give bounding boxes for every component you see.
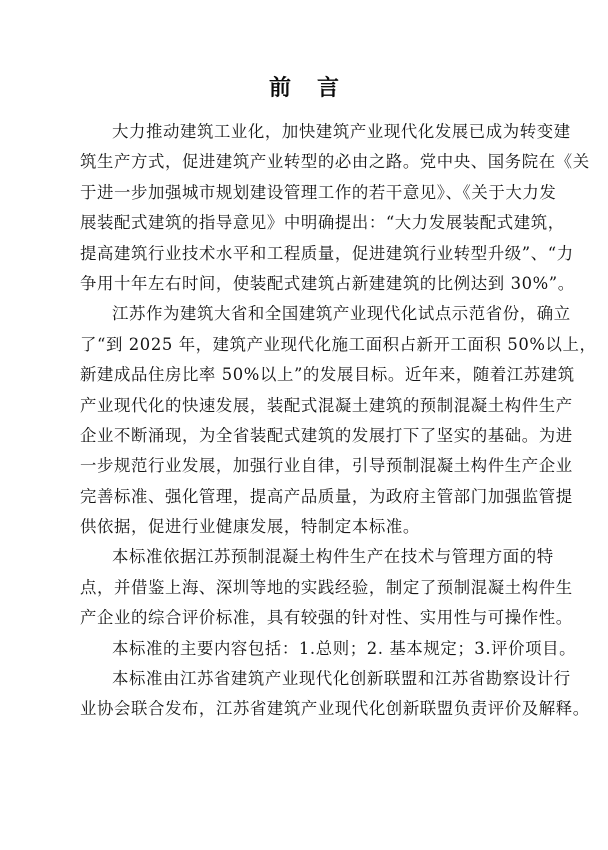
text-line: 本标准依据江苏预制混凝土构件生产在技术与管理方面的特 [80,542,540,572]
text-line: 企业不断涌现，为全省装配式建筑的发展打下了坚实的基础。为进 [80,421,540,451]
text-line: 争用十年左右时间，使装配式建筑占新建建筑的比例达到 30%”。 [80,269,540,299]
paragraph-2: 江苏作为建筑大省和全国建筑产业现代化试点示范省份，确立 了“到 2025 年，建… [80,299,540,542]
text-line: 供依据，促进行业健康发展，特制定本标准。 [80,512,540,542]
text-line: 完善标准、强化管理，提高产品质量，为政府主管部门加强监管提 [80,482,540,512]
paragraph-3: 本标准依据江苏预制混凝土构件生产在技术与管理方面的特 点，并借鉴上海、深圳等地的… [80,542,540,633]
paragraph-1: 大力推动建筑工业化，加快建筑产业现代化发展已成为转变建 筑生产方式，促进建筑产业… [80,117,540,299]
text-line: 本标准由江苏省建筑产业现代化创新联盟和江苏省勘察设计行 [80,664,540,694]
preface-body: 大力推动建筑工业化，加快建筑产业现代化发展已成为转变建 筑生产方式，促进建筑产业… [80,117,540,725]
text-line: 业协会联合发布，江苏省建筑产业现代化创新联盟负责评价及解释。 [80,694,540,724]
text-line: 江苏作为建筑大省和全国建筑产业现代化试点示范省份，确立 [80,299,540,329]
text-line: 提高建筑行业技术水平和工程质量，促进建筑行业转型升级”、“力 [80,239,540,269]
document-page: 前言 大力推动建筑工业化，加快建筑产业现代化发展已成为转变建 筑生产方式，促进建… [0,0,608,850]
title-char-2: 言 [317,76,339,101]
text-line: 点，并借鉴上海、深圳等地的实践经验，制定了预制混凝土构件生 [80,573,540,603]
text-line: 新建成品住房比率 50%以上”的发展目标。近年来，随着江苏建筑 [80,360,540,390]
page-title: 前言 [0,74,608,104]
text-line: 产企业的综合评价标准，具有较强的针对性、实用性与可操作性。 [80,603,540,633]
title-char-1: 前 [269,76,291,101]
paragraph-4: 本标准的主要内容包括：1.总则；2. 基本规定；3.评价项目。 [80,634,540,664]
text-line: 了“到 2025 年，建筑产业现代化施工面积占新开工面积 50%以上， [80,330,540,360]
text-line: 于进一步加强城市规划建设管理工作的若干意见》、《关于大力发 [80,178,540,208]
paragraph-5: 本标准由江苏省建筑产业现代化创新联盟和江苏省勘察设计行 业协会联合发布，江苏省建… [80,664,540,725]
text-line: 本标准的主要内容包括：1.总则；2. 基本规定；3.评价项目。 [80,634,540,664]
text-line: 产业现代化的快速发展，装配式混凝土建筑的预制混凝土构件生产 [80,391,540,421]
text-line: 筑生产方式，促进建筑产业转型的必由之路。党中央、国务院在《关 [80,147,540,177]
text-line: 大力推动建筑工业化，加快建筑产业现代化发展已成为转变建 [80,117,540,147]
text-line: 一步规范行业发展，加强行业自律，引导预制混凝土构件生产企业 [80,451,540,481]
text-line: 展装配式建筑的指导意见》中明确提出：“大力发展装配式建筑， [80,208,540,238]
